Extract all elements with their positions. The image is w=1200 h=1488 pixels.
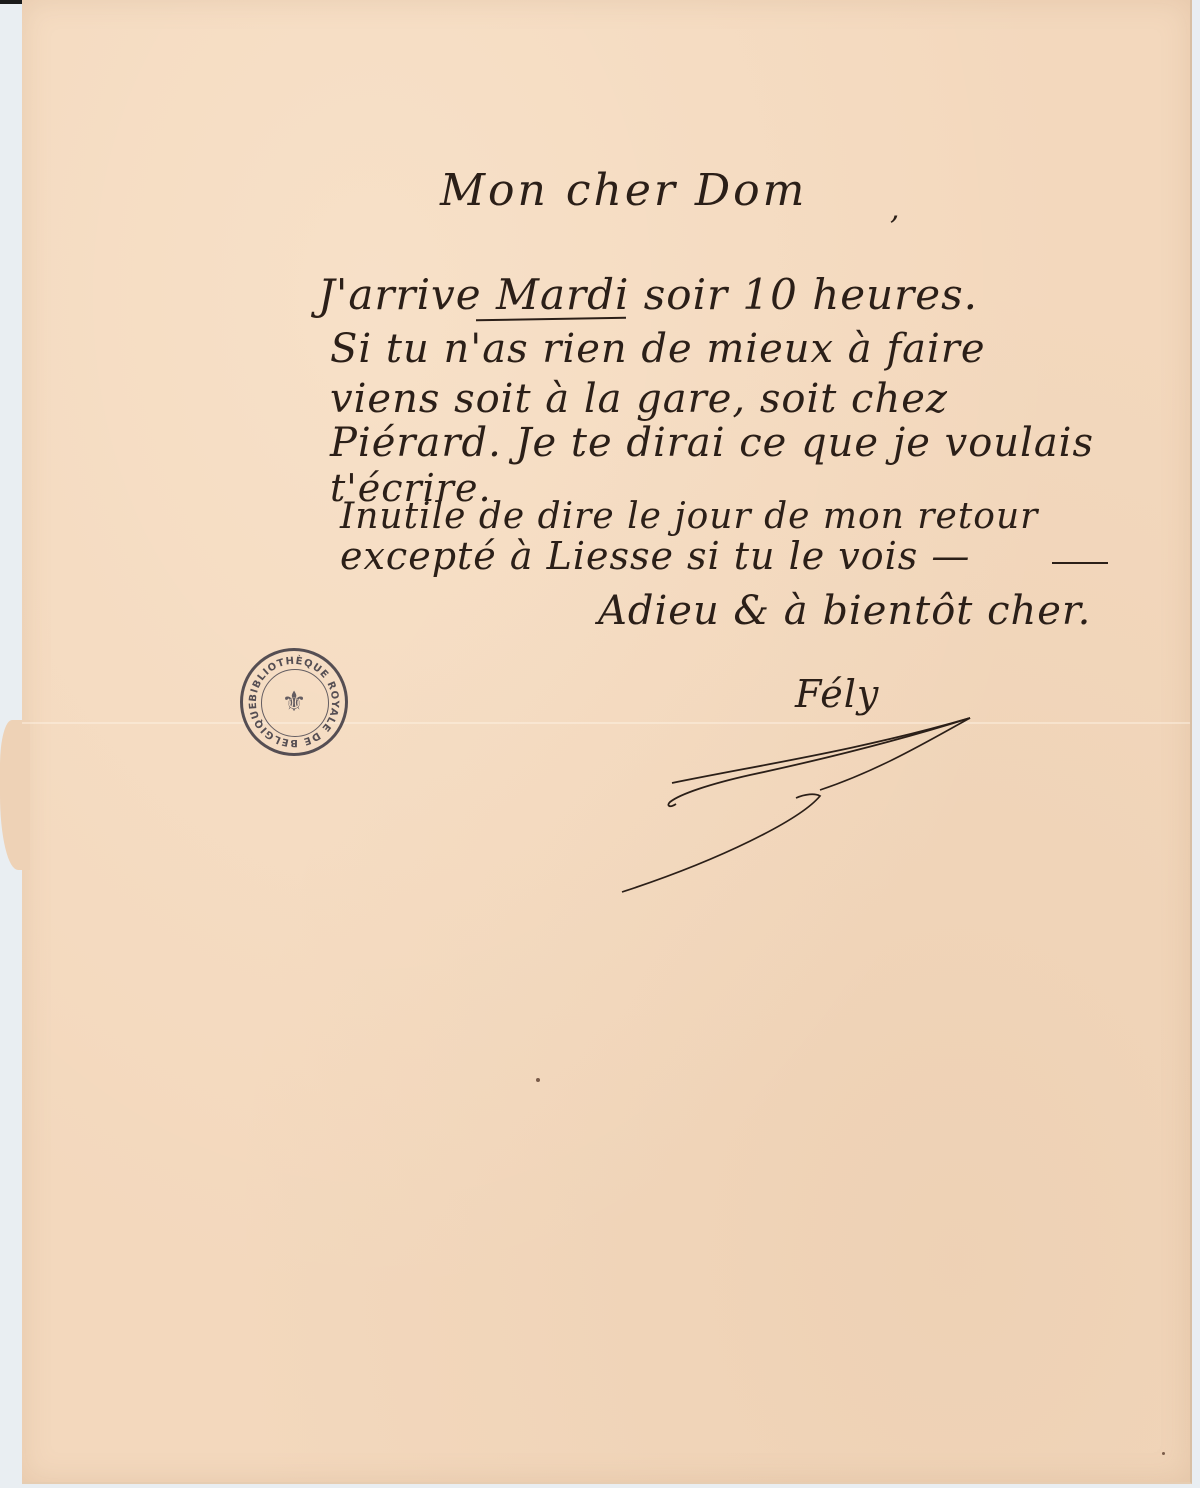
signature-flourish-icon	[600, 680, 1000, 910]
salutation-comma: ,	[890, 192, 901, 227]
fleur-de-lis-icon: ⚜	[269, 677, 319, 727]
paper-speck	[1162, 1452, 1165, 1455]
closing-line: Adieu & à bientôt cher.	[598, 588, 1091, 634]
salutation: Mon cher Dom	[440, 165, 807, 216]
letter-line-3: viens soit à la gare, soit chez	[330, 376, 948, 422]
letter-line-6: Inutile de dire le jour de mon retour	[340, 496, 1038, 537]
line-end-dash	[1052, 562, 1108, 564]
letter-line-1: J'arrive Mardi soir 10 heures.	[318, 270, 978, 319]
letter-line-4: Piérard. Je te dirai ce que je voulais	[330, 420, 1094, 466]
library-stamp: BIBLIOTHÈQUE ROYALE DE BELGIQUE ⚜	[240, 648, 348, 756]
letter-line-2: Si tu n'as rien de mieux à faire	[330, 326, 986, 372]
letter-line-7: excepté à Liesse si tu le vois —	[340, 534, 970, 578]
paper-speck	[536, 1078, 540, 1082]
torn-paper-edge	[0, 720, 30, 870]
